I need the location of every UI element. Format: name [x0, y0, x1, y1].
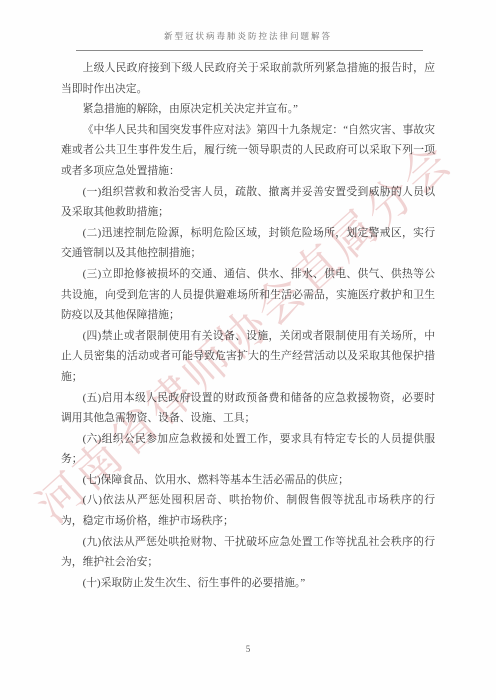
document-body: 上级人民政府接到下级人民政府关于采取前款所列紧急措施的报告时，应当即时作出决定。…: [61, 58, 435, 593]
paragraph: (八)依法从严惩处囤积居奇、哄抬物价、制假售假等扰乱市场秩序的行为，稳定市场价格…: [61, 490, 435, 531]
paragraph: (一)组织营救和救治受害人员，疏散、撤离并妥善安置受到威胁的人员以及采取其他救助…: [61, 182, 435, 223]
paragraph: (五)启用本级人民政府设置的财政预备费和储备的应急救援物资，必要时调用其他急需物…: [61, 388, 435, 429]
paragraph: 紧急措施的解除，由原决定机关决定并宣布。”: [61, 99, 435, 120]
paragraph: (七)保障食品、饮用水、燃料等基本生活必需品的供应；: [61, 470, 435, 491]
paragraph: 《中华人民共和国突发事件应对法》第四十九条规定：“自然灾害、事故灾难或者公共卫生…: [61, 120, 435, 182]
document-page: 河南省律师协会直属分会 新型冠状病毒肺炎防控法律问题解答 上级人民政府接到下级人…: [0, 0, 496, 700]
paragraph: (三)立即抢修被损坏的交通、通信、供水、排水、供电、供气、供热等公共设施，向受到…: [61, 264, 435, 326]
page-header-title: 新型冠状病毒肺炎防控法律问题解答: [0, 30, 496, 42]
paragraph: (六)组织公民参加应急救援和处置工作，要求具有特定专长的人员提供服务；: [61, 429, 435, 470]
page-number: 5: [0, 644, 496, 654]
paragraph: (九)依法从严惩处哄抢财物、干扰破坏应急处置工作等扰乱社会秩序的行为，维护社会治…: [61, 532, 435, 573]
paragraph: (四)禁止或者限制使用有关设备、设施，关闭或者限制使用有关场所，中止人员密集的活…: [61, 326, 435, 388]
paragraph: (二)迅速控制危险源，标明危险区域，封锁危险场所，划定警戒区，实行交通管制以及其…: [61, 223, 435, 264]
paragraph: (十)采取防止发生次生、衍生事件的必要措施。”: [61, 573, 435, 594]
header-divider: [76, 50, 423, 51]
paragraph: 上级人民政府接到下级人民政府关于采取前款所列紧急措施的报告时，应当即时作出决定。: [61, 58, 435, 99]
